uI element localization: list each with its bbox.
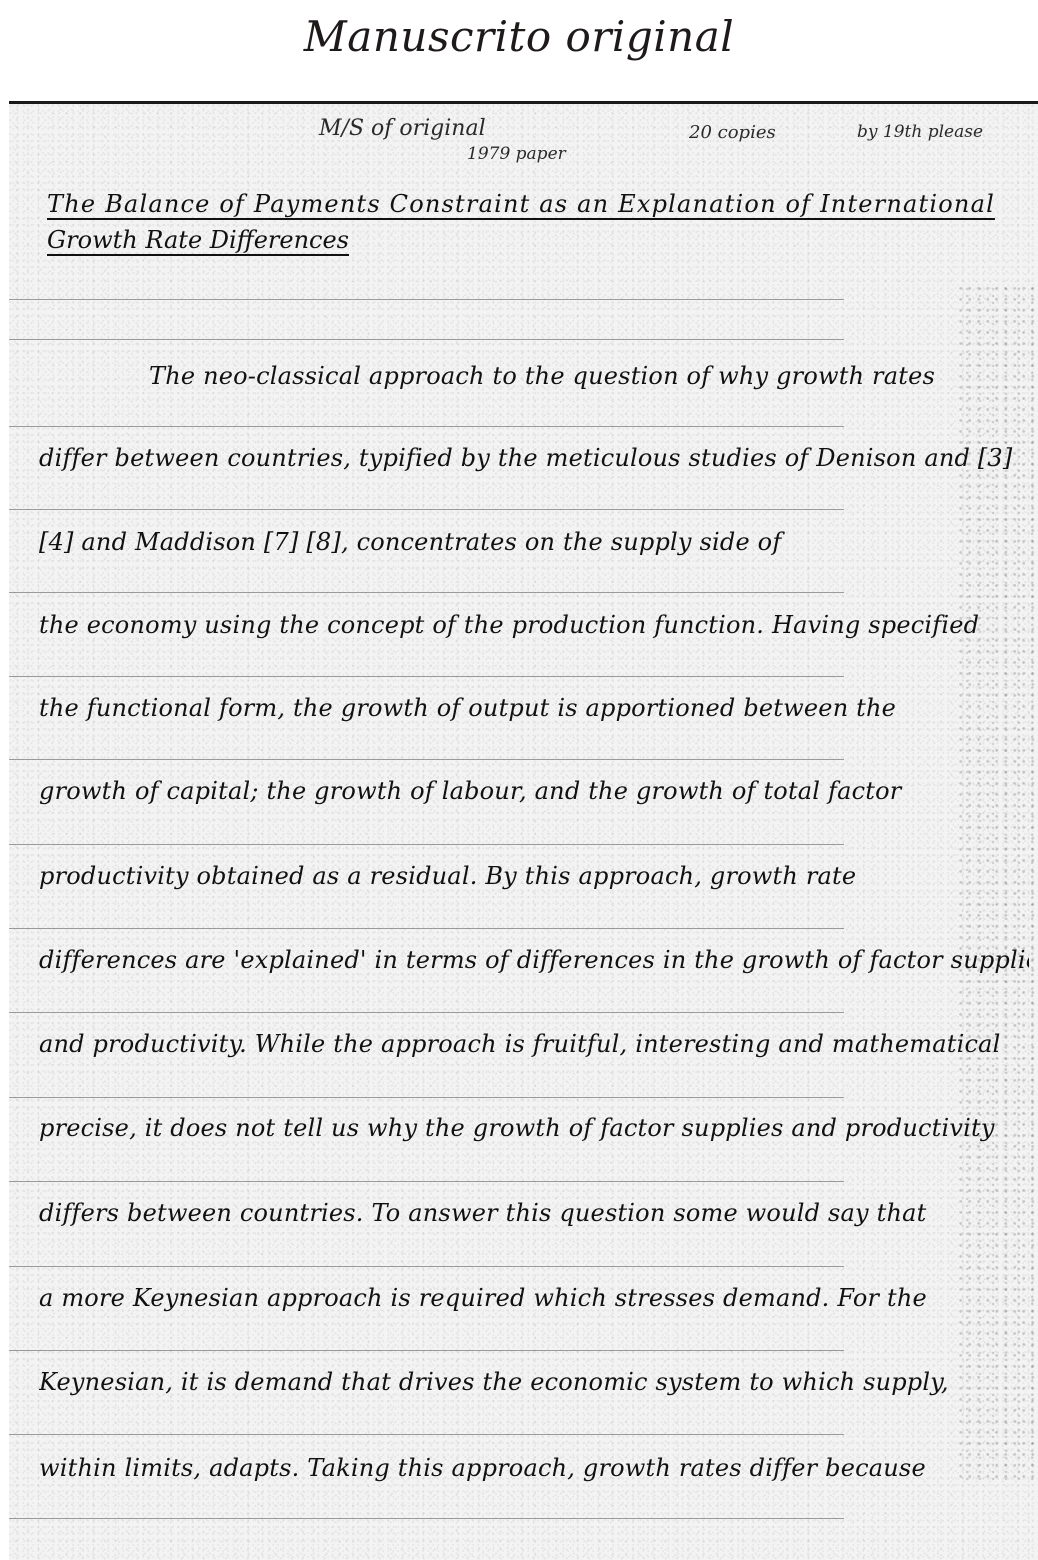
ruled-line xyxy=(9,928,844,929)
ruled-line xyxy=(9,592,844,593)
manuscript-line-8: differences are 'explained' in terms of … xyxy=(39,946,1029,974)
ruled-line xyxy=(9,844,844,845)
ruled-line xyxy=(9,1518,844,1519)
ruled-line xyxy=(9,1097,844,1098)
manuscript-heading-line-2: Growth Rate Differences xyxy=(47,226,349,254)
ruled-line xyxy=(9,426,844,427)
manuscript-line-11: differs between countries. To answer thi… xyxy=(39,1199,1029,1227)
ruled-line xyxy=(9,676,844,677)
manuscript-line-2: differ between countries, typified by th… xyxy=(39,444,1029,472)
ruled-line xyxy=(9,1350,844,1351)
manuscript-line-1: The neo-classical approach to the questi… xyxy=(39,362,1038,390)
manuscript-line-6: growth of capital; the growth of labour,… xyxy=(39,777,1029,805)
document-title: Manuscrito original xyxy=(0,12,1038,61)
ruled-line xyxy=(9,759,844,760)
manuscript-line-13: Keynesian, it is demand that drives the … xyxy=(39,1368,1029,1396)
manuscript-line-12: a more Keynesian approach is required wh… xyxy=(39,1284,1029,1312)
manuscript-line-4: the economy using the concept of the pro… xyxy=(39,611,1029,639)
manuscript-line-5: the functional form, the growth of outpu… xyxy=(39,694,1029,722)
header-note-copies: 20 copies xyxy=(689,122,776,143)
manuscript-line-9: and productivity. While the approach is … xyxy=(39,1030,1029,1058)
manuscript-heading-line-1: The Balance of Payments Constraint as an… xyxy=(47,190,1017,218)
ruled-line xyxy=(9,1181,844,1182)
ruled-line xyxy=(9,1266,844,1267)
manuscript-line-3: [4] and Maddison [7] [8], concentrates o… xyxy=(39,528,1029,556)
ruled-line xyxy=(9,509,844,510)
ruled-line xyxy=(9,1012,844,1013)
header-note-deadline: by 19th please xyxy=(857,122,983,142)
ruled-line xyxy=(9,299,844,300)
header-note-ms: M/S of original xyxy=(319,116,486,141)
manuscript-line-14: within limits, adapts. Taking this appro… xyxy=(39,1454,1029,1482)
manuscript-page: M/S of original 1979 paper 20 copies by … xyxy=(9,101,1038,1560)
manuscript-line-10: precise, it does not tell us why the gro… xyxy=(39,1114,1029,1142)
manuscript-line-7: productivity obtained as a residual. By … xyxy=(39,862,1029,890)
ruled-line xyxy=(9,339,844,340)
ruled-line xyxy=(9,1434,844,1435)
header-note-year: 1979 paper xyxy=(467,144,566,164)
